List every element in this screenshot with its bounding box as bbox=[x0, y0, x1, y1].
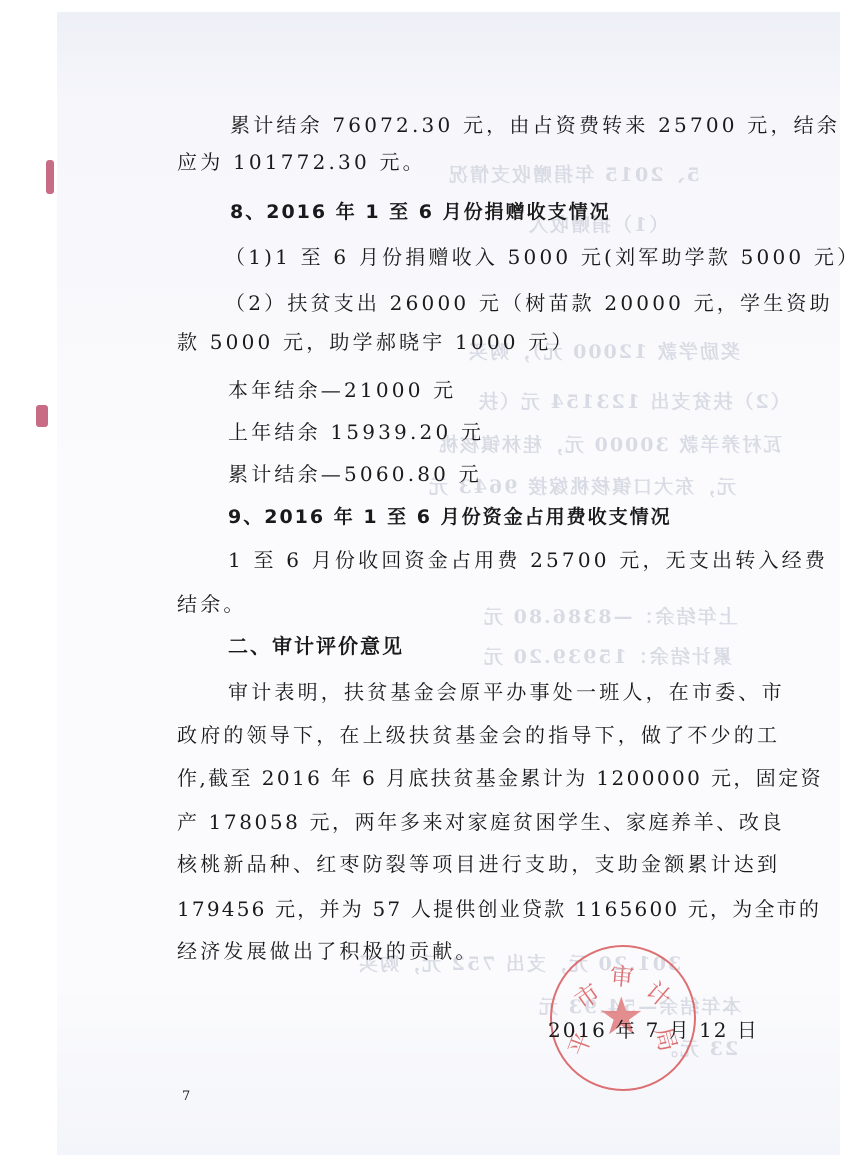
text-line: 累计结余—5060.80 元 bbox=[228, 462, 482, 486]
text-line: （1)1 至 6 月份捐赠收入 5000 元(刘军助学款 5000 元） bbox=[225, 245, 850, 269]
text-line: 政府的领导下，在上级扶贫基金会的指导下，做了不少的工 bbox=[177, 723, 780, 747]
text-line: 179456 元，并为 57 人提供创业贷款 1165600 元，为全市的 bbox=[177, 897, 821, 921]
section-heading: 二、审计评价意见 bbox=[228, 634, 404, 658]
seal-char: 计 bbox=[640, 971, 681, 1013]
bleed-through-text: 5、2015 年捐赠收支情况 bbox=[447, 160, 700, 187]
text-line: 款 5000 元，助学郝晓宇 1000 元） bbox=[177, 330, 575, 354]
scanned-page: 5、2015 年捐赠收支情况 （1）捐赠收入 奖励学款 12000 元），购买 … bbox=[57, 12, 840, 1155]
text-line: 作,截至 2016 年 6 月底扶贫基金累计为 1200000 元，固定资 bbox=[177, 766, 823, 790]
seam-stamp-fragment bbox=[46, 160, 54, 194]
text-line: 审计表明，扶贫基金会原平办事处一班人，在市委、市 bbox=[228, 680, 785, 704]
bleed-through-text: 上年结余：—8386.80 元 bbox=[482, 602, 738, 629]
text-line: 本年结余—21000 元 bbox=[228, 378, 456, 402]
text-line: 经济发展做出了积极的贡献。 bbox=[177, 939, 479, 963]
bleed-through-text: （2）扶贫支出 123154 元（扶 bbox=[477, 387, 790, 414]
seam-stamp-fragment bbox=[36, 405, 48, 427]
bleed-through-text: 累计结余：15939.20 元 bbox=[482, 642, 732, 669]
section-heading: 9、2016 年 1 至 6 月份资金占用费收支情况 bbox=[228, 505, 672, 529]
text-line: 累计结余 76072.30 元，由占资费转来 25700 元，结余 bbox=[230, 113, 840, 137]
text-line: 上年结余 15939.20 元 bbox=[228, 420, 484, 444]
text-line: （2）扶贫支出 26000 元（树苗款 20000 元，学生资助 bbox=[225, 291, 833, 315]
document-date: 2016 年 7 月 12 日 bbox=[548, 1018, 759, 1042]
text-line: 1 至 6 月份收回资金占用费 25700 元，无支出转入经费 bbox=[228, 548, 828, 572]
text-line: 结余。 bbox=[177, 592, 247, 616]
text-line: 核桃新品种、红枣防裂等项目进行支助，支助金额累计达到 bbox=[177, 852, 780, 876]
text-line: 应为 101772.30 元。 bbox=[177, 150, 426, 174]
page-number: 7 bbox=[182, 1089, 190, 1104]
bleed-through-text: 瓦村养羊款 30000 元，桂林镇核桃 bbox=[437, 430, 782, 457]
section-heading: 8、2016 年 1 至 6 月份捐赠收支情况 bbox=[230, 200, 611, 224]
text-line: 产 178058 元，两年多来对家庭贫困学生、家庭养羊、改良 bbox=[177, 810, 784, 834]
